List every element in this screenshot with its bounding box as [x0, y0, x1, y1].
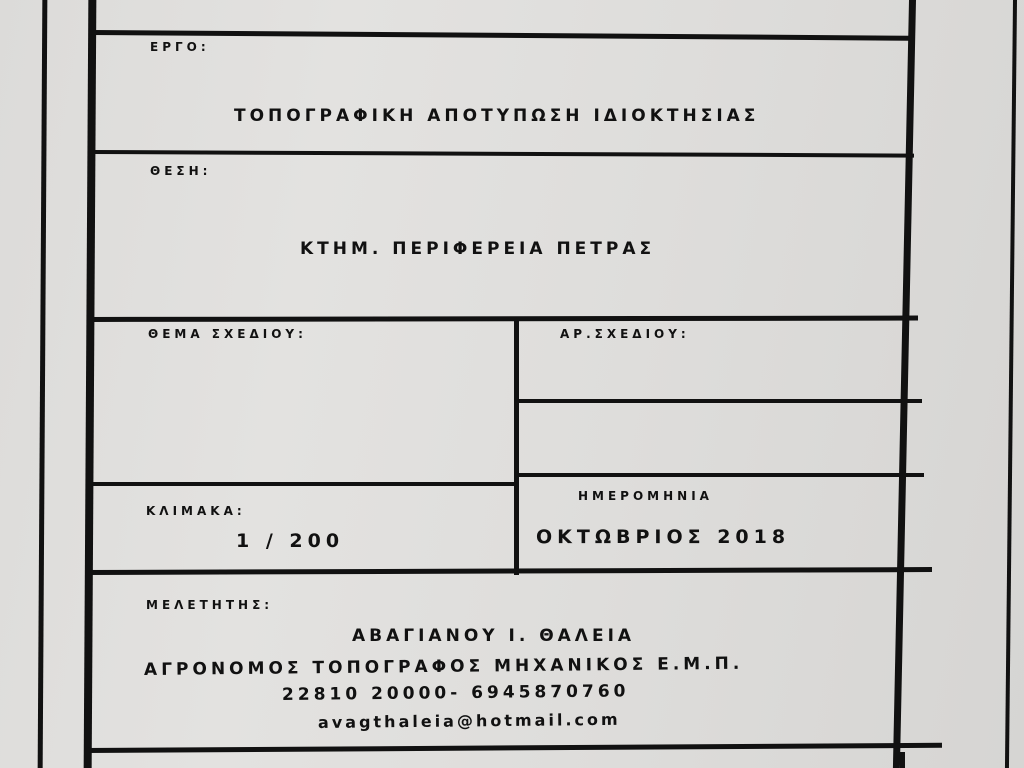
project-value: ΤΟΠΟΓΡΑΦΙΚΗ ΑΠΟΤΥΠΩΣΗ ΙΔΙΟΚΤΗΣΙΑΣ	[234, 106, 759, 126]
divider-number-split	[518, 399, 922, 403]
divider-subject-scale	[88, 482, 516, 486]
date-value: ΟΚΤΩΒΡΙΟΣ 2018	[536, 526, 790, 548]
drawing-number-label: ΑΡ.ΣΧΕΔΙΟΥ:	[560, 327, 690, 341]
author-label: ΜΕΛΕΤΗΤΗΣ:	[146, 598, 273, 612]
author-email: avagthaleia@hotmail.com	[318, 710, 621, 732]
divider-number-date	[518, 473, 924, 477]
location-label: ΘΕΣΗ:	[150, 164, 211, 178]
drawing-subject-label: ΘΕΜΑ ΣΧΕΔΙΟΥ:	[148, 327, 307, 341]
project-label: ΕΡΓΟ:	[150, 40, 210, 54]
location-value: ΚΤΗΜ. ΠΕΡΙΦΕΡΕΙΑ ΠΕΤΡΑΣ	[300, 239, 655, 259]
scale-label: ΚΛΙΜΑΚΑ:	[146, 504, 246, 518]
date-label: ΗΜΕΡΟΜΗΝΙΑ	[578, 489, 713, 503]
bottom-right-tick	[900, 752, 905, 768]
divider-subject-number	[514, 320, 519, 575]
author-name: ΑΒΑΓΙΑΝΟΥ Ι. ΘΑΛΕΙΑ	[352, 626, 635, 646]
scale-value: 1 / 200	[236, 530, 344, 552]
author-phone: 22810 20000- 6945870760	[282, 681, 630, 705]
